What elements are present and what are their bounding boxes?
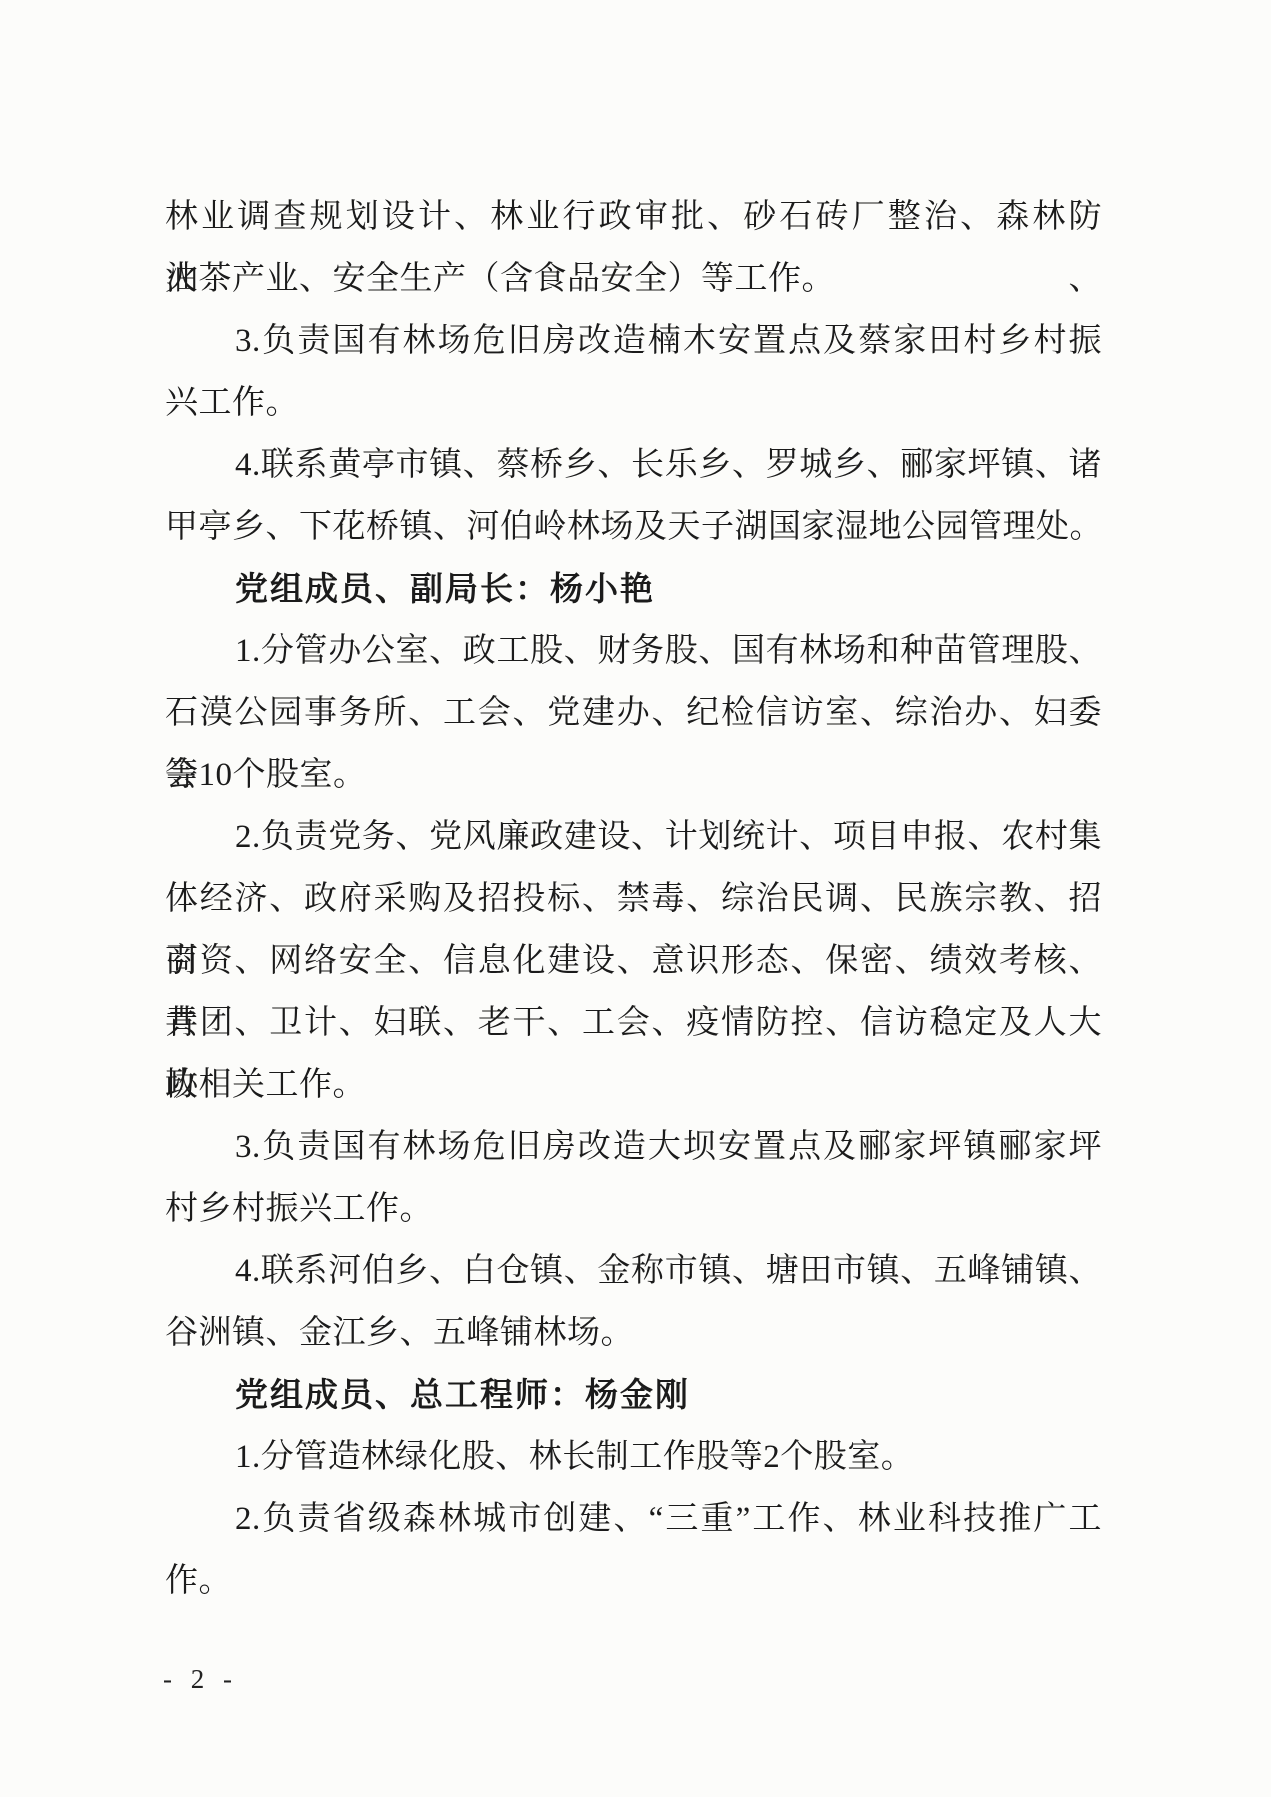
body-line: 作。 [165, 1550, 1102, 1612]
section-heading-deputy-director: 党组成员、副局长：杨小艳 [165, 558, 1102, 620]
body-line: 引资、网络安全、信息化建设、意识形态、保密、绩效考核、共 [165, 930, 1102, 992]
body-line: 3.负责国有林场危旧房改造楠木安置点及蔡家田村乡村振 [165, 310, 1102, 372]
body-line: 2.负责省级森林城市创建、“三重”工作、林业科技推广工 [165, 1488, 1102, 1550]
body-line: 3.负责国有林场危旧房改造大坝安置点及郦家坪镇郦家坪 [165, 1116, 1102, 1178]
body-line: 青团、卫计、妇联、老干、工会、疫情防控、信访稳定及人大政 [165, 992, 1102, 1054]
body-line: 4.联系河伯乡、白仓镇、金称市镇、塘田市镇、五峰铺镇、 [165, 1240, 1102, 1302]
body-line: 2.负责党务、党风廉政建设、计划统计、项目申报、农村集 [165, 806, 1102, 868]
section-heading-chief-engineer: 党组成员、总工程师：杨金刚 [165, 1364, 1102, 1426]
body-line: 村乡村振兴工作。 [165, 1178, 1102, 1240]
body-line: 1.分管办公室、政工股、财务股、国有林场和种苗管理股、 [165, 620, 1102, 682]
body-line: 谷洲镇、金江乡、五峰铺林场。 [165, 1302, 1102, 1364]
body-line: 体经济、政府采购及招投标、禁毒、综治民调、民族宗教、招商 [165, 868, 1102, 930]
body-line: 林业调查规划设计、林业行政审批、砂石砖厂整治、森林防火、 [165, 186, 1102, 248]
body-line: 1.分管造林绿化股、林长制工作股等2个股室。 [165, 1426, 1102, 1488]
page-number: - 2 - [163, 1662, 238, 1696]
body-line: 石漠公园事务所、工会、党建办、纪检信访室、综治办、妇委会 [165, 682, 1102, 744]
body-line: 等10个股室。 [165, 744, 1102, 806]
body-line: 兴工作。 [165, 372, 1102, 434]
document-page: 林业调查规划设计、林业行政审批、砂石砖厂整治、森林防火、 油茶产业、安全生产（含… [0, 0, 1271, 1797]
body-line: 甲亭乡、下花桥镇、河伯岭林场及天子湖国家湿地公园管理处。 [165, 496, 1102, 558]
document-body: 林业调查规划设计、林业行政审批、砂石砖厂整治、森林防火、 油茶产业、安全生产（含… [165, 186, 1102, 1612]
body-line: 协相关工作。 [165, 1054, 1102, 1116]
body-line: 4.联系黄亭市镇、蔡桥乡、长乐乡、罗城乡、郦家坪镇、诸 [165, 434, 1102, 496]
